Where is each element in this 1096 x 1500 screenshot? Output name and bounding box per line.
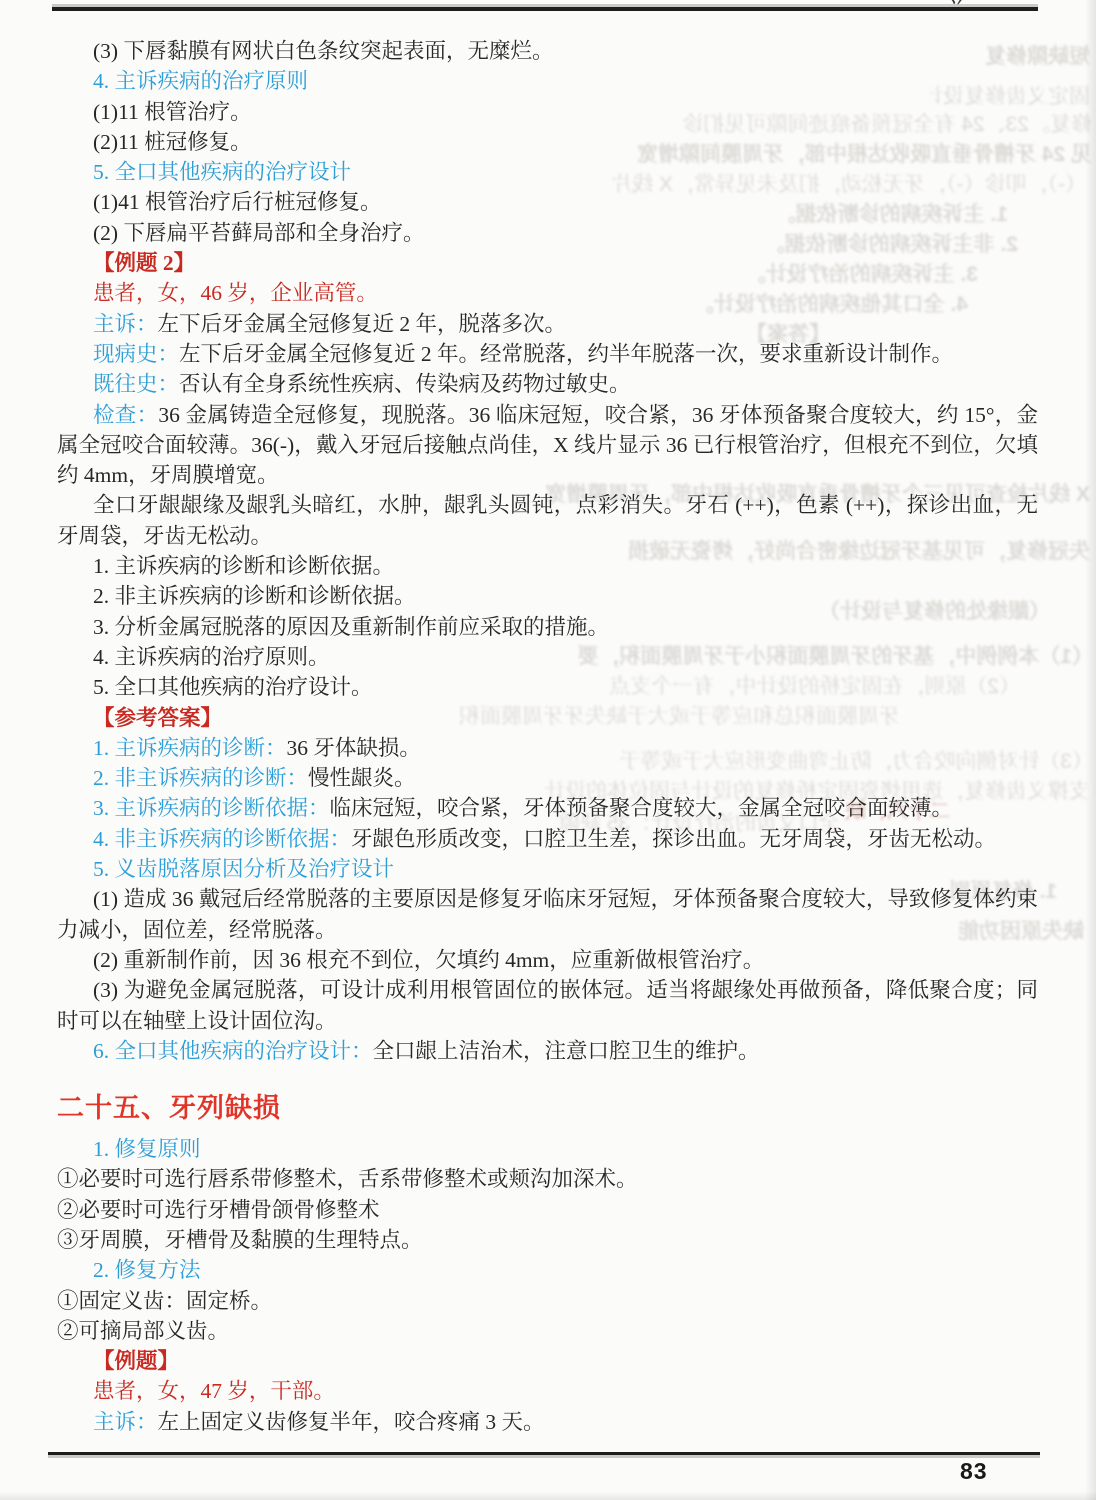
footer-rule <box>48 1452 1040 1455</box>
text-line: (1)11 根管治疗。 <box>57 97 1038 127</box>
text-segment: 现病史： <box>93 342 179 366</box>
text-segment: 4. 主诉疾病的治疗原则。 <box>93 645 330 669</box>
text-line: 3. 主诉疾病的诊断依据：临床冠短，咬合紧，牙体预备聚合度较大，金属全冠咬合面较… <box>57 793 1038 823</box>
text-line: (1)41 根管治疗后行桩冠修复。 <box>57 187 1038 217</box>
text-line: (2) 重新制作前，因 36 根充不到位，欠填约 4mm，应重新做根管治疗。 <box>57 945 1038 975</box>
text-line: ③牙周膜，牙槽骨及黏膜的生理特点。 <box>57 1225 1038 1255</box>
text-line: 4. 主诉疾病的治疗原则。 <box>57 642 1038 672</box>
text-segment: 左下后牙金属全冠修复近 2 年，脱落多次。 <box>158 312 567 336</box>
text-line: 6. 全口其他疾病的治疗设计：全口龈上洁治术，注意口腔卫生的维护。 <box>57 1036 1038 1066</box>
text-segment: (1) 造成 36 戴冠后经常脱落的主要原因是修复牙临床牙冠短，牙体预备聚合度较… <box>57 887 1038 941</box>
text-segment: 既往史： <box>93 372 179 396</box>
text-segment: 检查： <box>93 403 158 427</box>
text-line: (3) 下唇黏膜有网状白色条纹突起表面，无糜烂。 <box>57 36 1038 66</box>
text-segment: 2. 非主诉疾病的诊断： <box>93 766 308 790</box>
text-segment: (3) 为避免金属冠脱落，可设计成利用根管固位的嵌体冠。适当将龈缘处再做预备，降… <box>57 978 1038 1032</box>
text-segment: 1. 修复原则 <box>93 1137 201 1161</box>
text-line: (1) 造成 36 戴冠后经常脱落的主要原因是修复牙临床牙冠短，牙体预备聚合度较… <box>57 884 1038 945</box>
text-segment: 患者，女，47 岁，干部。 <box>93 1379 335 1403</box>
text-line: 【例题 2】 <box>57 248 1038 278</box>
text-segment: 否认有全身系统性疾病、传染病及药物过敏史。 <box>179 372 631 396</box>
text-segment: 【参考答案】 <box>93 706 222 730</box>
text-line: 1. 主诉疾病的诊断和诊断依据。 <box>57 551 1038 581</box>
text-line: ①固定义齿：固定桥。 <box>57 1286 1038 1316</box>
text-line: 1. 主诉疾病的诊断：36 牙体缺损。 <box>57 733 1038 763</box>
text-segment: (1)41 根管治疗后行桩冠修复。 <box>93 190 381 214</box>
text-segment: 5. 全口其他疾病的治疗设计。 <box>93 675 373 699</box>
text-line: (2) 下唇扁平苔藓局部和全身治疗。 <box>57 218 1038 248</box>
text-line: 3. 分析金属冠脱落的原因及重新制作前应采取的措施。 <box>57 612 1038 642</box>
text-segment: 患者，女，46 岁，企业高管。 <box>93 281 378 305</box>
text-line: 现病史：左下后牙金属全冠修复近 2 年。经常脱落，约半年脱落一次，要求重新设计制… <box>57 339 1038 369</box>
text-segment: 4. 主诉疾病的治疗原则 <box>93 69 308 93</box>
text-segment: 36 牙体缺损。 <box>287 736 421 760</box>
text-segment: 牙龈色形质改变，口腔卫生差，探诊出血。无牙周袋，牙齿无松动。 <box>351 827 996 851</box>
text-segment: 左上固定义齿修复半年，咬合疼痛 3 天。 <box>158 1410 545 1434</box>
text-line: 检查：36 金属铸造全冠修复，现脱落。36 临床冠短，咬合紧，36 牙体预备聚合… <box>57 400 1038 491</box>
text-line: 4. 非主诉疾病的诊断依据：牙龈色形质改变，口腔卫生差，探诊出血。无牙周袋，牙齿… <box>57 824 1038 854</box>
text-line: 2. 非主诉疾病的诊断：慢性龈炎。 <box>57 763 1038 793</box>
section-heading: 二十五、牙列缺损 <box>57 1090 1038 1126</box>
text-segment: ①必要时可选行唇系带修整术，舌系带修整术或颊沟加深术。 <box>57 1167 638 1191</box>
text-line: 4. 主诉疾病的治疗原则 <box>57 66 1038 96</box>
text-segment: 5. 义齿脱落原因分析及治疗设计 <box>93 857 394 881</box>
header-text-fragment: 丷 亠 丶 <box>948 0 1018 7</box>
text-segment: 1. 主诉疾病的诊断和诊断依据。 <box>93 554 394 578</box>
text-line: 主诉：左上固定义齿修复半年，咬合疼痛 3 天。 <box>57 1407 1038 1437</box>
text-line: 【例题】 <box>57 1346 1038 1376</box>
text-segment: ②必要时可选行牙槽骨颌骨修整术 <box>57 1198 380 1222</box>
scanned-book-page: 丷 亠 丶 短缺隙修复固定义齿修复设计修复。23、24 有全冠预备痕迹间隙可见扪… <box>0 0 1096 1500</box>
text-line: (2)11 桩冠修复。 <box>57 127 1038 157</box>
text-segment: 2. 非主诉疾病的诊断和诊断依据。 <box>93 584 416 608</box>
page-number: 83 <box>960 1458 988 1485</box>
text-line: 2. 非主诉疾病的诊断和诊断依据。 <box>57 581 1038 611</box>
text-line: 【参考答案】 <box>57 703 1038 733</box>
text-segment: 3. 主诉疾病的诊断依据： <box>93 796 330 820</box>
text-segment: 【例题 2】 <box>93 251 195 275</box>
text-segment: 慢性龈炎。 <box>308 766 416 790</box>
text-segment: 主诉： <box>93 1410 158 1434</box>
text-line: 主诉：左下后牙金属全冠修复近 2 年，脱落多次。 <box>57 309 1038 339</box>
text-segment: (2) 重新制作前，因 36 根充不到位，欠填约 4mm，应重新做根管治疗。 <box>93 948 764 972</box>
text-segment: 主诉： <box>93 312 158 336</box>
text-segment: 36 金属铸造全冠修复，现脱落。36 临床冠短，咬合紧，36 牙体预备聚合度较大… <box>57 403 1038 488</box>
text-line: 1. 修复原则 <box>57 1134 1038 1164</box>
text-segment: 全口龈上洁治术，注意口腔卫生的维护。 <box>373 1039 760 1063</box>
text-segment: 1. 主诉疾病的诊断： <box>93 736 287 760</box>
page-content: (3) 下唇黏膜有网状白色条纹突起表面，无糜烂。4. 主诉疾病的治疗原则(1)1… <box>57 36 1038 1437</box>
text-line: ②可摘局部义齿。 <box>57 1316 1038 1346</box>
text-segment: ③牙周膜，牙槽骨及黏膜的生理特点。 <box>57 1228 423 1252</box>
scan-edge-bottom <box>0 1491 1096 1500</box>
text-line: 5. 全口其他疾病的治疗设计 <box>57 157 1038 187</box>
scan-edge-right <box>1085 0 1096 1500</box>
header-rule <box>52 7 1038 11</box>
text-segment: 5. 全口其他疾病的治疗设计 <box>93 160 351 184</box>
text-segment: 4. 非主诉疾病的诊断依据： <box>93 827 351 851</box>
text-segment: 3. 分析金属冠脱落的原因及重新制作前应采取的措施。 <box>93 615 609 639</box>
text-line: 全口牙龈龈缘及龈乳头暗红，水肿，龈乳头圆钝，点彩消失。牙石 (++)，色素 (+… <box>57 490 1038 551</box>
text-line: 5. 义齿脱落原因分析及治疗设计 <box>57 854 1038 884</box>
text-line: ②必要时可选行牙槽骨颌骨修整术 <box>57 1195 1038 1225</box>
text-segment: 二十五、牙列缺损 <box>57 1093 281 1123</box>
text-line: ①必要时可选行唇系带修整术，舌系带修整术或颊沟加深术。 <box>57 1164 1038 1194</box>
text-segment: 2. 修复方法 <box>93 1258 201 1282</box>
text-line: 患者，女，46 岁，企业高管。 <box>57 278 1038 308</box>
text-segment: 6. 全口其他疾病的治疗设计： <box>93 1039 373 1063</box>
text-segment: (2)11 桩冠修复。 <box>93 130 252 154</box>
text-segment: (3) 下唇黏膜有网状白色条纹突起表面，无糜烂。 <box>93 39 553 63</box>
text-line: 患者，女，47 岁，干部。 <box>57 1376 1038 1406</box>
text-line: 既往史：否认有全身系统性疾病、传染病及药物过敏史。 <box>57 369 1038 399</box>
text-segment: 全口牙龈龈缘及龈乳头暗红，水肿，龈乳头圆钝，点彩消失。牙石 (++)，色素 (+… <box>57 493 1038 547</box>
text-line: 2. 修复方法 <box>57 1255 1038 1285</box>
text-segment: ②可摘局部义齿。 <box>57 1319 229 1343</box>
text-segment: ①固定义齿：固定桥。 <box>57 1289 272 1313</box>
text-line: 5. 全口其他疾病的治疗设计。 <box>57 672 1038 702</box>
text-segment: 【例题】 <box>93 1349 179 1373</box>
text-line: (3) 为避免金属冠脱落，可设计成利用根管固位的嵌体冠。适当将龈缘处再做预备，降… <box>57 975 1038 1036</box>
text-segment: 临床冠短，咬合紧，牙体预备聚合度较大，金属全冠咬合面较薄。 <box>330 796 954 820</box>
text-segment: (2) 下唇扁平苔藓局部和全身治疗。 <box>93 221 424 245</box>
text-segment: (1)11 根管治疗。 <box>93 100 252 124</box>
text-segment: 左下后牙金属全冠修复近 2 年。经常脱落，约半年脱落一次，要求重新设计制作。 <box>179 342 953 366</box>
